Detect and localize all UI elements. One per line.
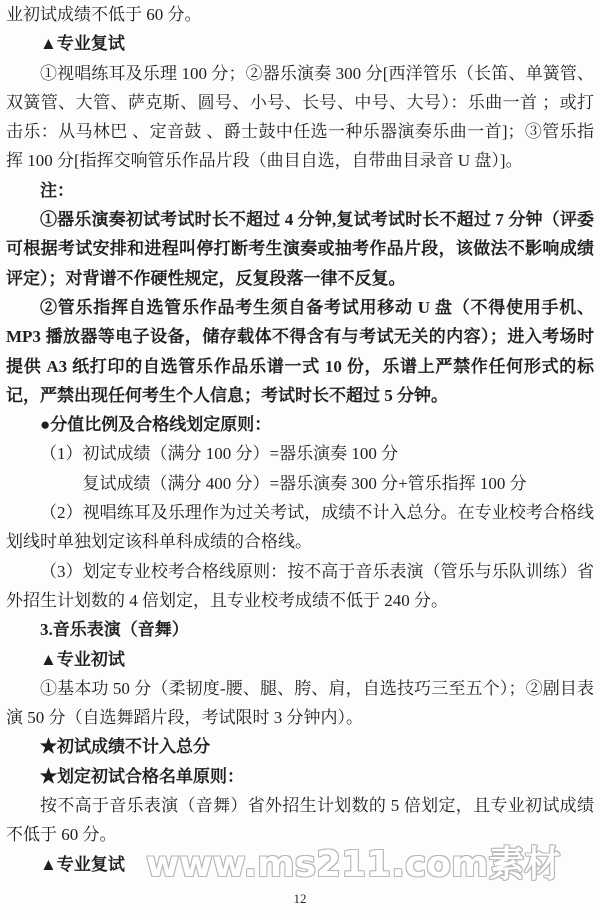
- para-initial-test-subjects: ①基本功 50 分（柔韧度-腰、腿、胯、肩，自选技巧三至五个）；②剧目表演 50…: [6, 674, 594, 733]
- watermark-text: www.ms211.com素材: [146, 836, 561, 887]
- document-body: 业初试成绩不低于 60 分。 ▲专业复试 ①视唱练耳及乐理 100 分；②器乐演…: [6, 0, 594, 879]
- heading-professional-retest: ▲专业复试: [6, 29, 594, 58]
- heading-section-3-music-dance: 3.音乐表演（音舞）: [6, 615, 594, 644]
- rule-3-qualify-line: （3）划定专业校考合格线原则：按不高于音乐表演（管乐与乐队训练）省外招生计划数的…: [6, 557, 594, 616]
- note-1-performance-duration: ①器乐演奏初试考试时长不超过 4 分钟,复试考试时长不超过 7 分钟（评委可根据…: [6, 205, 594, 293]
- page-number: 12: [0, 891, 600, 907]
- document-page: 业初试成绩不低于 60 分。 ▲专业复试 ①视唱练耳及乐理 100 分；②器乐演…: [0, 0, 600, 919]
- para-retest-subjects: ①视唱练耳及乐理 100 分；②器乐演奏 300 分[西洋管乐（长笛、单簧管、双…: [6, 59, 594, 176]
- heading-score-ratio-rules: ●分值比例及合格线划定原则：: [6, 410, 594, 439]
- rule-2-sightsinging-pass: （2）视唱练耳及乐理作为过关考试，成绩不计入总分。在专业校考合格线划线时单独划定…: [6, 498, 594, 557]
- rule-1-retest-score: 复试成绩（满分 400 分）=器乐演奏 300 分+管乐指挥 100 分: [6, 469, 594, 498]
- para-continuation-score-floor: 业初试成绩不低于 60 分。: [6, 0, 594, 29]
- note-initial-score-not-counted: ★初试成绩不计入总分: [6, 732, 594, 761]
- note-label: 注：: [6, 176, 594, 205]
- note-2-conducting-usb-rules: ②管乐指挥自选管乐作品考生须自备考试用移动 U 盘（不得使用手机、MP3 播放器…: [6, 293, 594, 410]
- heading-initial-qualify-rule: ★划定初试合格名单原则：: [6, 762, 594, 791]
- rule-1-initial-score: （1）初试成绩（满分 100 分）=器乐演奏 100 分: [6, 439, 594, 468]
- heading-professional-initial-test: ▲专业初试: [6, 645, 594, 674]
